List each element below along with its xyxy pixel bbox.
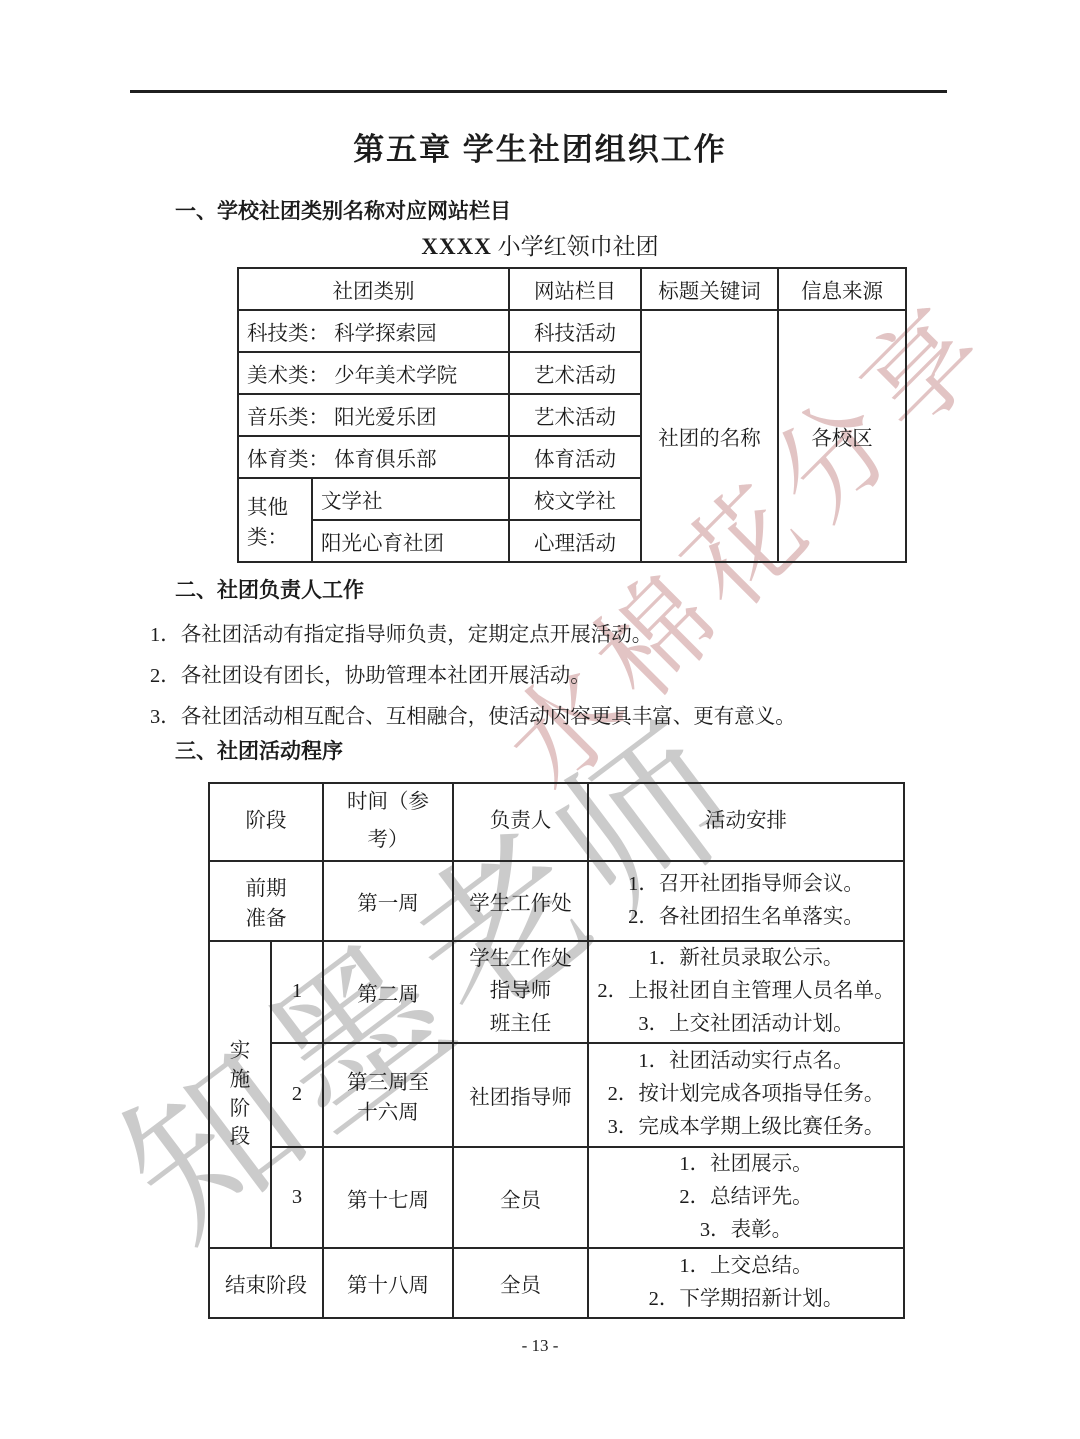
t2-impl1-num: 1 — [271, 941, 323, 1043]
t2-header-owner: 负责人 — [453, 783, 588, 861]
t2-impl2-time: 第三周至 十六周 — [323, 1043, 453, 1147]
task-line: 2．按计划完成各项指导任务。 — [595, 1078, 897, 1111]
t2-end-tasks: 1．上交总结。 2．下学期招新计划。 — [588, 1248, 904, 1318]
t1-other1-website: 校文学社 — [509, 478, 641, 520]
table1-caption: XXXX 小学红领巾社团 — [0, 228, 1080, 261]
task-line: 1．新社员录取公示。 — [595, 942, 897, 975]
t2-header-row: 阶段 时间（参 考） 负责人 活动安排 — [209, 783, 904, 861]
t2-impl1-tasks: 1．新社员录取公示。 2．上报社团自主管理人员名单。 3．上交社团活动计划。 — [588, 941, 904, 1043]
t1-music-category: 音乐类： 阳光爱乐团 — [238, 394, 509, 436]
t2-prep-owner: 学生工作处 — [453, 861, 588, 941]
t2-impl2-owner: 社团指导师 — [453, 1043, 588, 1147]
table1-caption-text: 小学红领巾社团 — [492, 234, 659, 259]
t2-row-impl-1: 实 施 阶 段 1 第二周 学生工作处 指导师 班主任 1．新社员录取公示。 2… — [209, 941, 904, 1043]
t1-header-row: 社团类别 网站栏目 标题关键词 信息来源 — [238, 268, 906, 310]
t1-tech-category: 科技类： 科学探索园 — [238, 310, 509, 352]
header-rule — [130, 90, 947, 93]
t2-row-impl-2: 2 第三周至 十六周 社团指导师 1．社团活动实行点名。 2．按计划完成各项指导… — [209, 1043, 904, 1147]
section2-heading: 二、社团负责人工作 — [175, 574, 364, 604]
t2-prep-stage: 前期 准备 — [209, 861, 323, 941]
section2-item-3: 3．各社团活动相互配合、互相融合，使活动内容更具丰富、更有意义。 — [150, 699, 796, 729]
task-line: 1．召开社团指导师会议。 — [595, 868, 897, 901]
task-line: 2．上报社团自主管理人员名单。 — [595, 975, 897, 1008]
t2-row-prep: 前期 准备 第一周 学生工作处 1．召开社团指导师会议。 2．各社团招生名单落实… — [209, 861, 904, 941]
t1-music-website: 艺术活动 — [509, 394, 641, 436]
t2-header-plan: 活动安排 — [588, 783, 904, 861]
t2-header-time: 时间（参 考） — [323, 783, 453, 861]
t2-header-stage: 阶段 — [209, 783, 323, 861]
task-line: 3．表彰。 — [595, 1214, 897, 1247]
task-line: 2．总结评先。 — [595, 1181, 897, 1214]
t2-impl-stage: 实 施 阶 段 — [209, 941, 271, 1249]
t1-header-website: 网站栏目 — [509, 268, 641, 310]
t1-header-source: 信息来源 — [778, 268, 906, 310]
section2-item-1: 1．各社团活动有指定指导师负责，定期定点开展活动。 — [150, 617, 652, 647]
page-number: - 13 - — [0, 1336, 1080, 1356]
t1-other2-website: 心理活动 — [509, 520, 641, 562]
t2-row-impl-3: 3 第十七周 全员 1．社团展示。 2．总结评先。 3．表彰。 — [209, 1147, 904, 1249]
t2-end-stage: 结束阶段 — [209, 1248, 323, 1318]
t2-impl3-tasks: 1．社团展示。 2．总结评先。 3．表彰。 — [588, 1147, 904, 1249]
page-title: 第五章 学生社团组织工作 — [0, 124, 1080, 169]
section2-item-2: 2．各社团设有团长，协助管理本社团开展活动。 — [150, 658, 591, 688]
t2-impl1-owner: 学生工作处 指导师 班主任 — [453, 941, 588, 1043]
task-line: 2．各社团招生名单落实。 — [595, 901, 897, 934]
t1-tech-website: 科技活动 — [509, 310, 641, 352]
club-category-table: 社团类别 网站栏目 标题关键词 信息来源 科技类： 科学探索园 科技活动 社团的… — [237, 267, 907, 563]
task-line: 1．社团活动实行点名。 — [595, 1045, 897, 1078]
t1-art-category: 美术类： 少年美术学院 — [238, 352, 509, 394]
t1-sport-category: 体育类： 体育俱乐部 — [238, 436, 509, 478]
t2-impl3-time: 第十七周 — [323, 1147, 453, 1249]
t2-impl3-num: 3 — [271, 1147, 323, 1249]
t1-other1-category: 文学社 — [312, 478, 509, 520]
t2-row-end: 结束阶段 第十八周 全员 1．上交总结。 2．下学期招新计划。 — [209, 1248, 904, 1318]
t1-header-category: 社团类别 — [238, 268, 509, 310]
t2-impl2-num: 2 — [271, 1043, 323, 1147]
section3-heading: 三、社团活动程序 — [175, 735, 343, 765]
t2-impl2-tasks: 1．社团活动实行点名。 2．按计划完成各项指导任务。 3．完成本学期上级比赛任务… — [588, 1043, 904, 1147]
t1-art-website: 艺术活动 — [509, 352, 641, 394]
section1-heading: 一、学校社团类别名称对应网站栏目 — [175, 195, 511, 225]
t2-prep-tasks: 1．召开社团指导师会议。 2．各社团招生名单落实。 — [588, 861, 904, 941]
t1-header-keyword: 标题关键词 — [641, 268, 778, 310]
t1-sport-website: 体育活动 — [509, 436, 641, 478]
document-page: 知墨老师 水棉花分享 第五章 学生社团组织工作 一、学校社团类别名称对应网站栏目… — [0, 0, 1080, 1439]
task-line: 3．完成本学期上级比赛任务。 — [595, 1111, 897, 1144]
t1-row-tech: 科技类： 科学探索园 科技活动 社团的名称 各校区 — [238, 310, 906, 352]
t2-impl3-owner: 全员 — [453, 1147, 588, 1249]
t1-other-label: 其他类： — [238, 478, 312, 562]
t2-end-owner: 全员 — [453, 1248, 588, 1318]
t2-impl1-time: 第二周 — [323, 941, 453, 1043]
table1-caption-prefix: XXXX — [421, 234, 491, 259]
t1-other2-category: 阳光心育社团 — [312, 520, 509, 562]
task-line: 1．上交总结。 — [595, 1250, 897, 1283]
t1-source-value: 各校区 — [778, 310, 906, 562]
t1-keyword-value: 社团的名称 — [641, 310, 778, 562]
t2-end-time: 第十八周 — [323, 1248, 453, 1318]
task-line: 3．上交社团活动计划。 — [595, 1008, 897, 1041]
t2-prep-time: 第一周 — [323, 861, 453, 941]
task-line: 2．下学期招新计划。 — [595, 1283, 897, 1316]
task-line: 1．社团展示。 — [595, 1148, 897, 1181]
activity-schedule-table: 阶段 时间（参 考） 负责人 活动安排 前期 准备 第一周 学生工作处 1．召开… — [208, 782, 905, 1319]
